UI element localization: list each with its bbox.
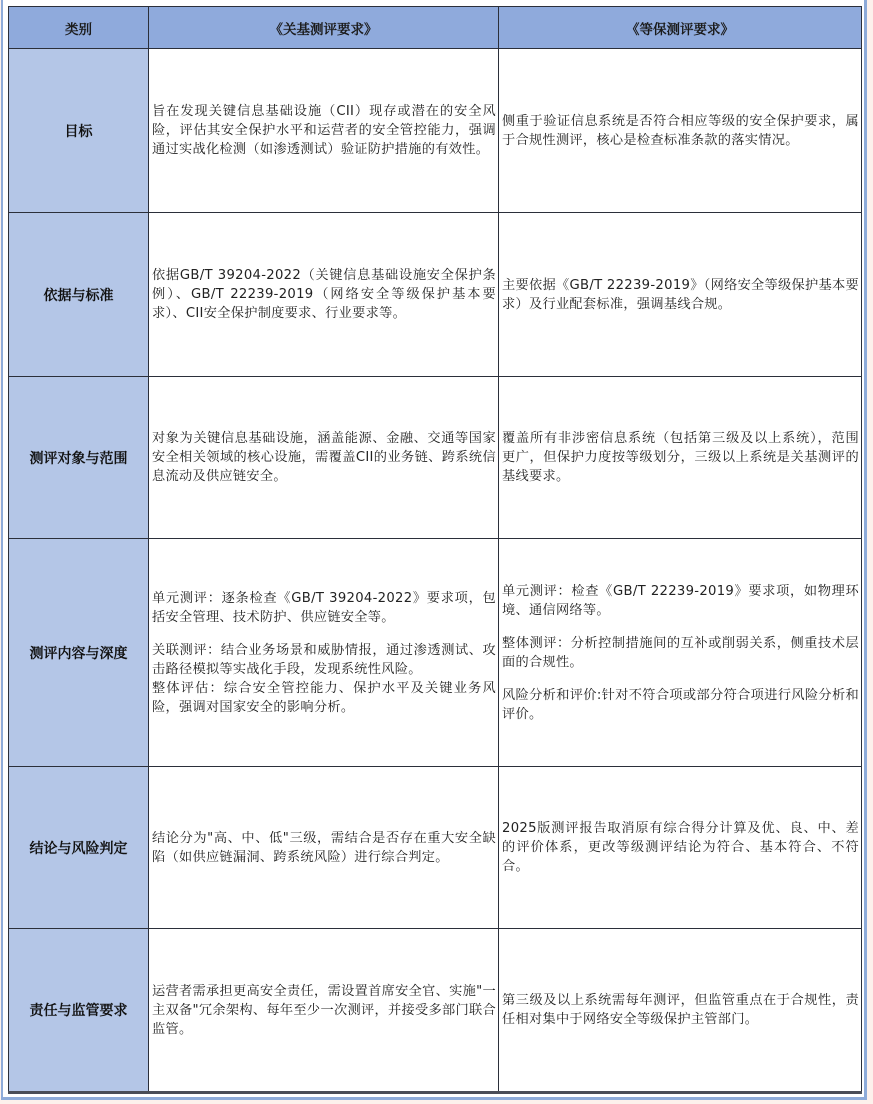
- cell-text: 运营者需承担更高安全责任，需设置首席安全官、实施"一主双备"冗余架构、每年至少一…: [152, 982, 496, 1039]
- cii-cell: 单元测评：逐条检查《GB/T 39204-2022》要求项，包括安全管理、技术防…: [149, 539, 499, 767]
- cell-text: 整体评估：综合安全管控能力、保护水平及关键业务风险，强调对国家安全的影响分析。: [152, 679, 496, 717]
- mlps-cell: 覆盖所有非涉密信息系统（包括第三级及以上系统），范围更广，但保护力度按等级划分，…: [499, 377, 862, 539]
- header-mlps-requirements: 《等保测评要求》: [499, 7, 862, 49]
- cell-text: 依据GB/T 39204-2022（关键信息基础设施安全保护条例）、GB/T 2…: [152, 266, 496, 323]
- row-label-conclusion: 结论与风险判定: [9, 767, 149, 929]
- cell-text: 单元测评：检查《GB/T 22239-2019》要求项，如物理环境、通信网络等。: [502, 582, 859, 620]
- row-label-responsibility: 责任与监管要求: [9, 929, 149, 1093]
- row-label-content-depth: 测评内容与深度: [9, 539, 149, 767]
- cell-text: 第三级及以上系统需每年测评，但监管重点在于合规性，责任相对集中于网络安全等级保护…: [502, 991, 859, 1029]
- cii-cell: 旨在发现关键信息基础设施（CII）现存或潜在的安全风险，评估其安全保护水平和运营…: [149, 49, 499, 213]
- table-row: 目标 旨在发现关键信息基础设施（CII）现存或潜在的安全风险，评估其安全保护水平…: [9, 49, 862, 213]
- cell-text: 结论分为"高、中、低"三级，需结合是否存在重大安全缺陷（如供应链漏洞、跨系统风险…: [152, 829, 496, 867]
- cell-text: 对象为关键信息基础设施，涵盖能源、金融、交通等国家安全相关领域的核心设施，需覆盖…: [152, 429, 496, 486]
- mlps-cell: 第三级及以上系统需每年测评，但监管重点在于合规性，责任相对集中于网络安全等级保护…: [499, 929, 862, 1093]
- cii-cell: 对象为关键信息基础设施，涵盖能源、金融、交通等国家安全相关领域的核心设施，需覆盖…: [149, 377, 499, 539]
- table-row: 结论与风险判定 结论分为"高、中、低"三级，需结合是否存在重大安全缺陷（如供应链…: [9, 767, 862, 929]
- table-header-row: 类别 《关基测评要求》 《等保测评要求》: [9, 7, 862, 49]
- mlps-cell: 单元测评：检查《GB/T 22239-2019》要求项，如物理环境、通信网络等。…: [499, 539, 862, 767]
- mlps-cell: 2025版测评报告取消原有综合得分计算及优、良、中、差的评价体系，更改等级测评结…: [499, 767, 862, 929]
- header-cii-requirements: 《关基测评要求》: [149, 7, 499, 49]
- mlps-cell: 侧重于验证信息系统是否符合相应等级的安全保护要求，属于合规性测评，核心是检查标准…: [499, 49, 862, 213]
- cell-text: 主要依据《GB/T 22239-2019》（网络安全等级保护基本要求）及行业配套…: [502, 276, 859, 314]
- cii-cell: 结论分为"高、中、低"三级，需结合是否存在重大安全缺陷（如供应链漏洞、跨系统风险…: [149, 767, 499, 929]
- table-row: 测评对象与范围 对象为关键信息基础设施，涵盖能源、金融、交通等国家安全相关领域的…: [9, 377, 862, 539]
- row-label-basis: 依据与标准: [9, 213, 149, 377]
- cii-cell: 运营者需承担更高安全责任，需设置首席安全官、实施"一主双备"冗余架构、每年至少一…: [149, 929, 499, 1093]
- mlps-cell: 主要依据《GB/T 22239-2019》（网络安全等级保护基本要求）及行业配套…: [499, 213, 862, 377]
- cell-text: 2025版测评报告取消原有综合得分计算及优、良、中、差的评价体系，更改等级测评结…: [502, 819, 859, 876]
- cell-text: 旨在发现关键信息基础设施（CII）现存或潜在的安全风险，评估其安全保护水平和运营…: [152, 102, 496, 159]
- table-row: 责任与监管要求 运营者需承担更高安全责任，需设置首席安全官、实施"一主双备"冗余…: [9, 929, 862, 1093]
- cell-text: 整体测评：分析控制措施间的互补或削弱关系，侧重技术层面的合规性。: [502, 634, 859, 672]
- row-label-scope: 测评对象与范围: [9, 377, 149, 539]
- cell-text: 侧重于验证信息系统是否符合相应等级的安全保护要求，属于合规性测评，核心是检查标准…: [502, 112, 859, 150]
- cii-cell: 依据GB/T 39204-2022（关键信息基础设施安全保护条例）、GB/T 2…: [149, 213, 499, 377]
- cell-text: 风险分析和评价:针对不符合项或部分符合项进行风险分析和评价。: [502, 686, 859, 724]
- cell-text: 单元测评：逐条检查《GB/T 39204-2022》要求项，包括安全管理、技术防…: [152, 589, 496, 627]
- table-row: 依据与标准 依据GB/T 39204-2022（关键信息基础设施安全保护条例）、…: [9, 213, 862, 377]
- row-label-goal: 目标: [9, 49, 149, 213]
- header-category: 类别: [9, 7, 149, 49]
- cell-text: 覆盖所有非涉密信息系统（包括第三级及以上系统），范围更广，但保护力度按等级划分，…: [502, 429, 859, 486]
- table-row: 测评内容与深度 单元测评：逐条检查《GB/T 39204-2022》要求项，包括…: [9, 539, 862, 767]
- comparison-table: 类别 《关基测评要求》 《等保测评要求》 目标 旨在发现关键信息基础设施（CII…: [8, 6, 862, 1094]
- cell-text: 关联测评：结合业务场景和威胁情报，通过渗透测试、攻击路径模拟等实战化手段，发现系…: [152, 641, 496, 679]
